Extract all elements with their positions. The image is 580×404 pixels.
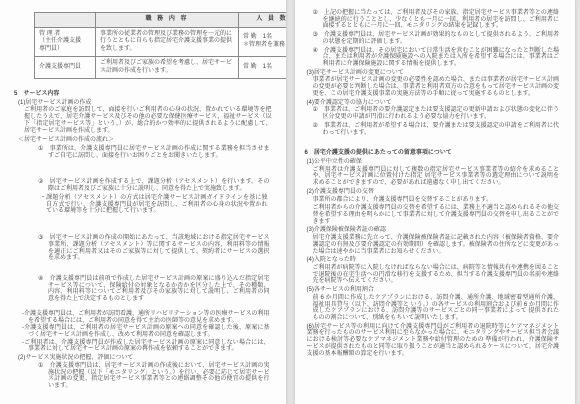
monitoring-item-3: ③ 介護支援専門員は、居宅サービス計画が効果的なものとして提供されるよう、ご利用…	[313, 32, 560, 45]
flow-item-2-note: ・課題分析（アセスメント）の方式は居宅介護サービス計画ガイドラインを基に独自方式…	[40, 195, 268, 215]
section-6-4-para: ご利用者が病院等に入院しなければならない場合には、病院等と情報共有や連携を図るこ…	[313, 265, 560, 285]
section-6-1-heading: (1)公平中立性の確保	[307, 159, 562, 166]
staffing-role-manager: 管 理 者 （主任介護支援 専門員）	[35, 27, 96, 57]
flow-item-3: ③ 居宅サービス計画の作成の開始にあたって、当該地域における指定居宅サービス事業…	[38, 235, 270, 262]
monitoring-item-2: ② 上記の把握に当たっては、ご利用者及びその家族、指定居宅サービス事業者等との連…	[313, 10, 560, 30]
section-6-5-para: 前 6 か月間に作成したケアプランにおける、訪問介護、通所介護、地域密着型通所介…	[313, 295, 560, 322]
section-6-1-para: ご利用者は介護支援専門員に対して複数の指定居宅サービス事業者等の紹介を求めること…	[313, 167, 560, 187]
page-right: ② 上記の把握に当たっては、ご利用者及びその家族、指定居宅サービス事業者等との連…	[295, 0, 576, 404]
staffing-count-manager: 常 勤 1名 ＊管理者を兼務	[239, 27, 286, 57]
table-row: 管 理 者 （主任介護支援 専門員） 事業所の従業者の管理及び業務の管理を一元的…	[35, 27, 286, 57]
monitoring-item-4: ④ 介護支援専門員は、その居宅において日常生活を営むことが困難になったと判断した…	[313, 48, 560, 68]
staffing-duty-caremanager: ご利用者及びご家族の希望を考慮し、居宅サービス計画の作成を行います。	[96, 57, 239, 79]
section-5-1-heading: (1)居宅サービス計画の作成	[18, 100, 274, 107]
section-5-heading: 5 サービス内容	[14, 91, 274, 98]
care-manager-note-3: -ご利用者は、介護支援専門員が作成した居宅サービス計画の原案に同意しない場合には…	[22, 340, 270, 353]
section-5-3-para: 事業者が居宅サービス計画の変更の必要性を認めた場合、または事業者が居宅サービス計…	[313, 77, 560, 97]
table-row: 介護支援専門員 ご利用者及びご家族の希望を考慮し、居宅サービス計画の作成を行いま…	[35, 57, 286, 79]
section-6-4-heading: (4)入院となった時	[307, 257, 562, 264]
staffing-role-caremanager: 介護支援専門員	[35, 57, 96, 79]
care-manager-note-1: -介護支援専門員は、ご利用者が訪問看護、通所リハビリテーション等の医療サービスの…	[22, 311, 270, 324]
section-5-3-heading: (3)居宅サービス計画の変更について	[307, 70, 562, 77]
section-6-2-heading: (2)介護支援専門員の交替	[307, 189, 562, 196]
staffing-header-blank	[35, 13, 96, 28]
flow-item-1: ① 事業所は、介護支援専門員に居宅サービス計画の作成に関する業務を担当させますご…	[38, 146, 270, 159]
section-6-3-heading: (3)介護保険被保険者証の確認	[307, 227, 562, 234]
staffing-table-header-row: 職 務 内 容 人 員 数	[35, 13, 286, 28]
plan-flow-heading: ＜居宅サービス計画の作成の流れ＞	[18, 137, 274, 144]
section-6-6-para: (6)居宅サービス等の利用に向けて介護支援専門員がご利用者の退院時等にケアマネジ…	[307, 324, 560, 358]
flow-item-2: ② 居宅サービス計画を作成する上で、課題分析（アセスメント）を行います。その際は…	[38, 179, 270, 192]
staffing-header-count: 人 員 数	[239, 13, 286, 28]
document-spread: 職 務 内 容 人 員 数 管 理 者 （主任介護支援 専門員） 事業所の従業者…	[0, 0, 580, 404]
care-manager-note-2: -介護支援専門員は、ご利用者の居宅サービス計画の原案への同意を確認した後、原案に…	[22, 325, 270, 338]
monitoring-item-1: ① 介護支援専門員は、居宅サービス計画の作成後において、居宅サービス計画の実施状…	[38, 363, 270, 390]
section-5-4-heading: (4)要介護認定等の協力について	[307, 100, 562, 107]
section-6-3-para: 居宅介護支援業務に先立って、介護保険被保険者証に記載された内容（被保険者資格、要…	[313, 235, 560, 255]
section-6-2-para2: ご利用者からの介護支援専門員の交替を希望するには、業務上不適当と認められるその他…	[313, 205, 560, 225]
certification-item-1: ① 事業者は、ご利用者の要介護認定または要支援認定の更新申請および状態の変化に伴…	[313, 107, 560, 120]
certification-item-2: ② 事業者は、ご利用者が希望する場合は、要介護または要支援認定の申請をご利用者に…	[313, 123, 560, 136]
page-left: 職 務 内 容 人 員 数 管 理 者 （主任介護支援 専門員） 事業所の従業者…	[0, 0, 286, 404]
staffing-table: 職 務 内 容 人 員 数 管 理 者 （主任介護支援 専門員） 事業所の従業者…	[34, 12, 286, 79]
section-6-heading: 6 居宅介護支援の提供にあたっての留意事項について	[305, 150, 562, 157]
staffing-duty-manager: 事業所の従業者の管理及び業務の管理を一元的に行うとともに自らも指定居宅介護支援事…	[96, 27, 239, 57]
section-6-2-para1: 事業所の都合により、介護支援専門員を交替することがあります。	[313, 197, 560, 204]
staffing-count-caremanager: 常 勤 1名	[239, 57, 286, 79]
staffing-header-duty: 職 務 内 容	[96, 13, 239, 28]
flow-item-4: ④ 介護支援専門員は前項で作成した居宅サービス計画の原案に盛り込んだ指定居宅サー…	[38, 276, 270, 303]
section-5-1-intro: ご利用者のご家庭を訪問して、面接を行いご利用者の心身の状況、置かれている環境等を…	[24, 107, 272, 134]
section-5-2-heading: (2)サービス実施状況の把握、評価について	[18, 355, 274, 362]
section-6-5-heading: (5)各サービスの利用割合	[307, 287, 562, 294]
